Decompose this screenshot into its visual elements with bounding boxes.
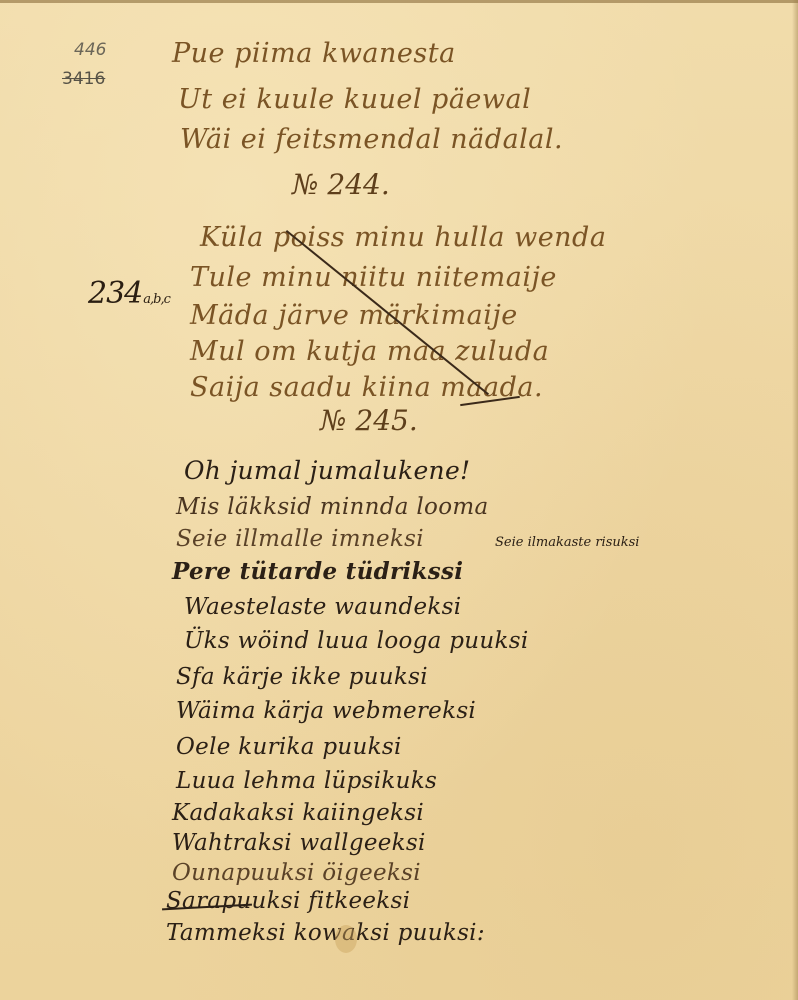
song-245-line-14: Sarapuuksi fitkeeksi (166, 888, 410, 914)
margin-reference-main: 234 (88, 276, 142, 311)
catalog-numbers: 446 3416 (62, 42, 106, 88)
song-245-line-4: Pere tütarde tüdrikssi (172, 558, 463, 585)
paper-stain (335, 925, 357, 953)
catalog-number-current: 446 (74, 42, 106, 59)
song-245-line-12: Wahtraksi wallgeeksi (172, 830, 426, 856)
song-245-line-11: Kadakaksi kaiingeksi (172, 800, 424, 826)
page-top-edge (0, 0, 798, 3)
song-245-line-15: Tammeksi kowaksi puuksi: (166, 920, 485, 946)
margin-reference-note: 234a,b,c (88, 276, 170, 311)
song-245-line-13: Ounapuuksi öigeeksi (172, 860, 421, 886)
song-243-line-3: Wäi ei feitsmendal nädalal. (180, 124, 563, 155)
song-245-line-2: Mis läkksid minnda looma (176, 494, 488, 520)
song-244-line-2: Tule minu niitu niitemaije (190, 262, 557, 293)
margin-reference-sub: a,b,c (143, 292, 170, 307)
song-245-line-1: Oh jumal jumalukene! (184, 456, 470, 485)
catalog-number-old-struck: 3416 (62, 71, 106, 88)
manuscript-page: 446 3416 Pue piima kwanesta Ut ei kuule … (0, 0, 798, 1000)
song-245-number: № 245. (320, 404, 418, 437)
page-binding-edge (792, 0, 798, 1000)
song-244-line-5: Saija saadu kiina maada. (190, 372, 543, 403)
song-245-line-10: Luua lehma lüpsikuks (176, 768, 437, 794)
song-243-line-2: Ut ei kuule kuuel päewal (178, 84, 531, 115)
song-244-line-3: Mäda järve märkimaije (190, 300, 518, 331)
song-245-line-6: Üks wöind luua looga puuksi (184, 628, 529, 654)
song-245-insertion: Seie ilmakaste risuksi (495, 535, 639, 550)
song-245-line-3: Seie illmalle imneksi (176, 526, 424, 552)
song-245-line-7: Sfa kärje ikke puuksi (176, 664, 428, 690)
song-244-line-4: Mul om kutja maa zuluda (190, 336, 549, 367)
song-244-line-1: Küla poiss minu hulla wenda (200, 222, 606, 253)
song-245-line-5: Waestelaste waundeksi (184, 594, 461, 620)
song-245-line-9: Oele kurika puuksi (176, 734, 402, 760)
song-243-line-1: Pue piima kwanesta (172, 38, 456, 69)
song-244-number: № 244. (292, 168, 390, 201)
song-245-line-8: Wäima kärja webmereksi (176, 698, 476, 724)
